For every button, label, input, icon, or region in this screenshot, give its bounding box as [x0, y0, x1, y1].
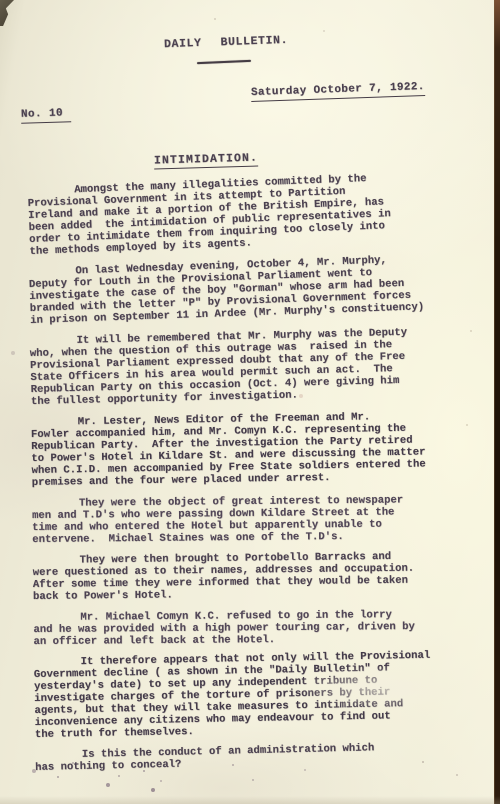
binding-edge: [494, 0, 500, 804]
paragraph: Mr. Lester, News Editor of the Freeman a…: [31, 410, 476, 489]
paragraph: It therefore appears that not only will …: [33, 649, 478, 741]
paragraph: Is this the conduct of an administration…: [35, 740, 479, 774]
paragraph: On last Wednesday evening, October 4, Mr…: [28, 252, 474, 327]
paragraph-line: an officer and left back at the Hotel.: [33, 632, 477, 647]
corner-tear-mark: [0, 0, 14, 26]
date-line: Saturday October 7, 1922.: [251, 81, 425, 102]
paragraph: They were then brought to Portobello Bar…: [33, 550, 478, 603]
masthead-underline: [197, 60, 251, 65]
paragraph: They were the object of great interest t…: [32, 494, 476, 546]
bottom-edge-shadow: [0, 796, 500, 804]
document-page: DAILY BULLETIN. Saturday October 7, 1922…: [0, 0, 500, 804]
masthead-title: DAILY BULLETIN.: [164, 34, 288, 51]
paragraph: Amongst the many illegalities committed …: [27, 169, 473, 258]
paragraph: Mr. Michael Comyn K.C. refused to go in …: [33, 608, 477, 647]
issue-number: No. 10: [21, 107, 71, 124]
article-body: Amongst the many illegalities committed …: [28, 181, 479, 783]
paragraph: It will be remembered that Mr. Murphy wa…: [29, 325, 475, 408]
article-title: INTIMIDATION.: [154, 152, 258, 170]
